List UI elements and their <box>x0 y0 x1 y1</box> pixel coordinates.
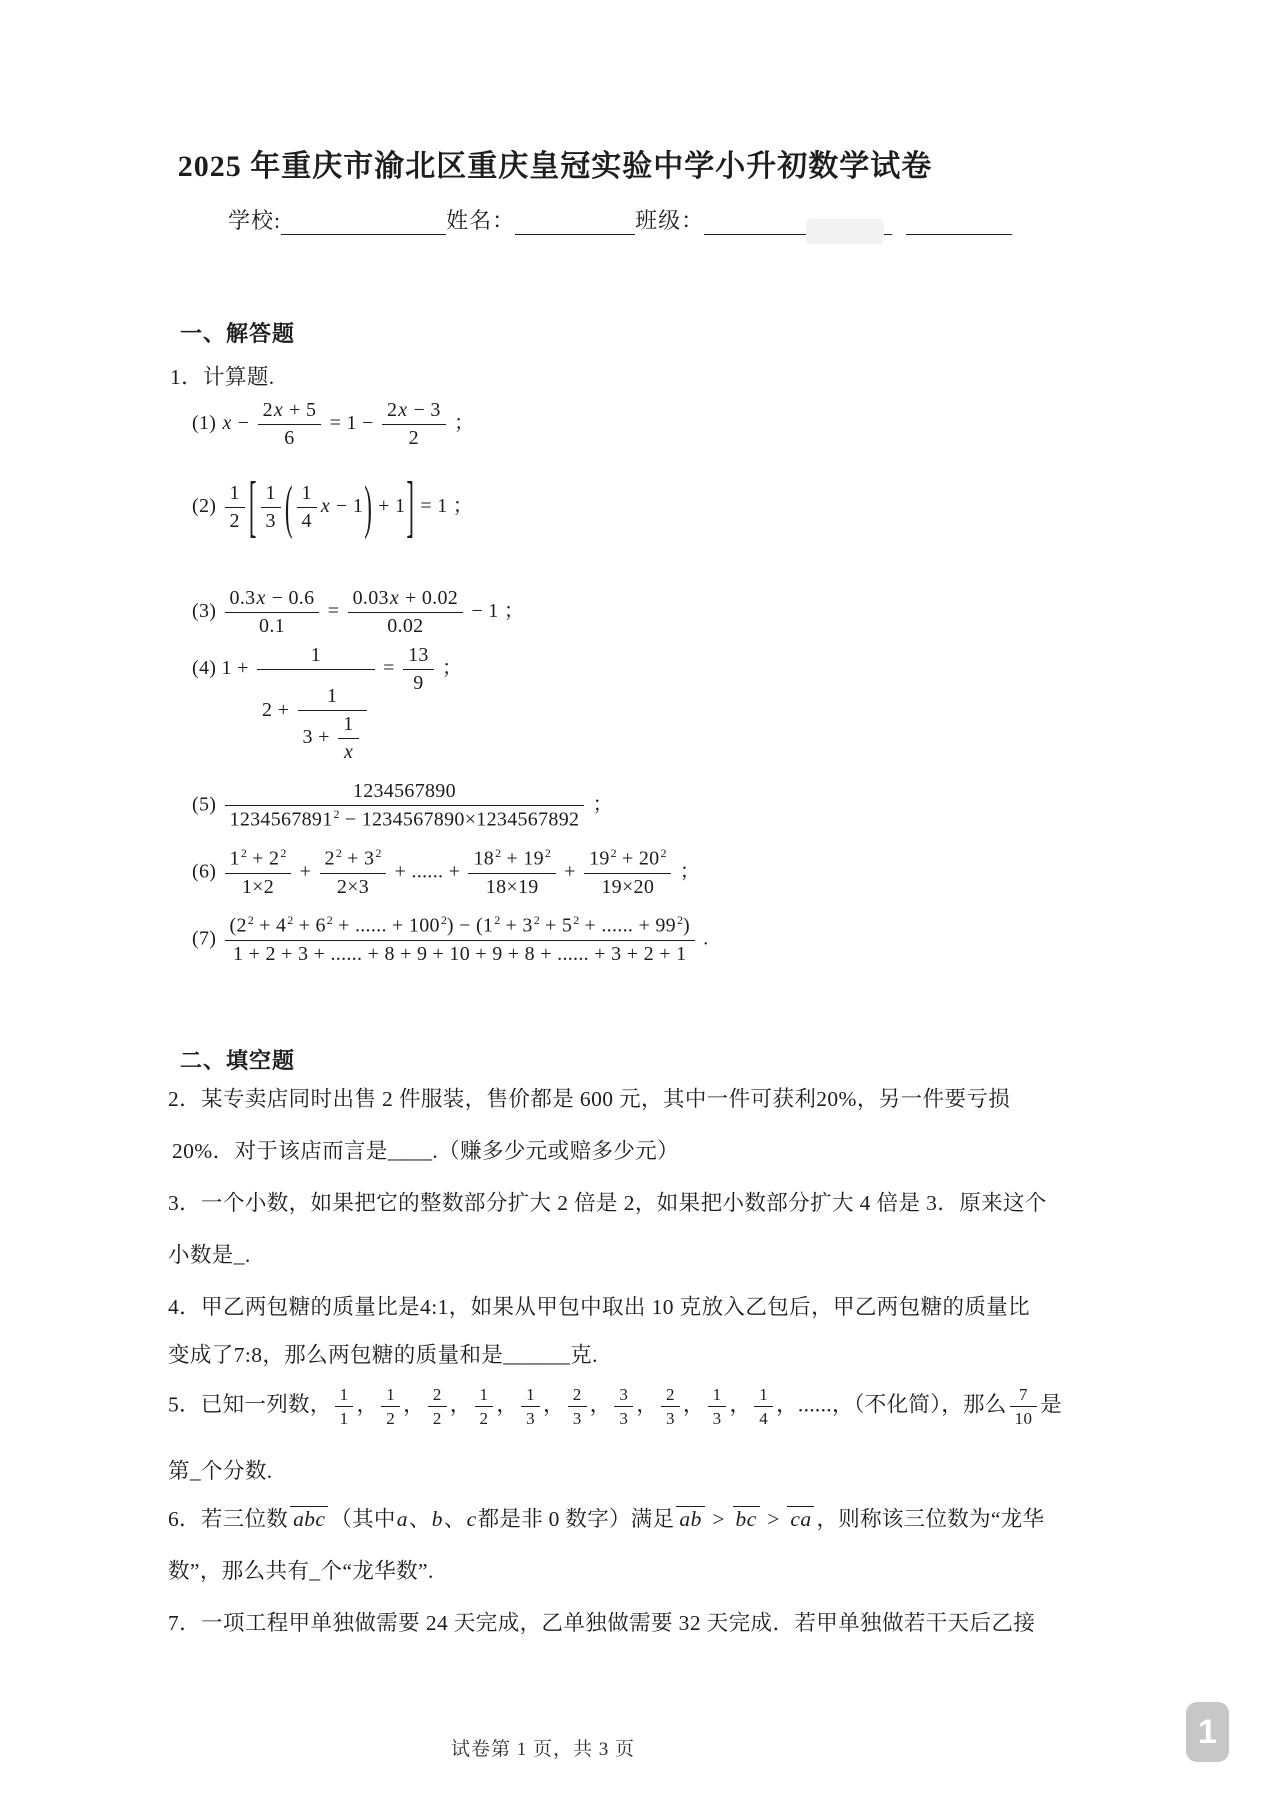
page-number-badge: 1 <box>1186 1702 1229 1762</box>
school-label: 学校: <box>228 208 281 233</box>
question-7-line-1: 7．一项工程甲单独做需要 24 天完成，乙单独做需要 32 天完成．若甲单独做若… <box>168 1608 1035 1638</box>
question-5-line-2: 第_个分数. <box>168 1456 273 1486</box>
equation-4: (4) 1 + 12 + 13 + 1x = 139 ； <box>192 615 462 724</box>
equation-1: (1) x − 2x + 56 = 1 − 2x − 32 ； <box>192 398 474 451</box>
equation-2: (2) 12[13(14x − 1) + 1] = 1 ； <box>192 481 473 534</box>
exam-title: 2025 年重庆市渝北区重庆皇冠实验中学小升初数学试卷 <box>0 141 1110 185</box>
section-1-title: 一、解答题 <box>180 317 295 348</box>
question-3-line-1: 3．一个小数，如果把它的整数部分扩大 2 倍是 2，如果把小数部分扩大 4 倍是… <box>168 1188 1047 1218</box>
equation-5: (5) 123456789012345678912 − 1234567890×1… <box>192 779 613 833</box>
class-blank-2 <box>906 208 1012 235</box>
class-label: 班级： <box>635 208 704 233</box>
question-1-label: 1．计算题. <box>170 362 275 392</box>
question-6-line-2: 数”，那么共有_个“龙华数”. <box>168 1556 434 1586</box>
name-blank <box>515 208 635 235</box>
name-label: 姓名： <box>446 208 515 233</box>
equation-6: (6) 12 + 221×2 + 22 + 322×3 + ...... + 1… <box>192 846 700 900</box>
question-2-line-2: 20%．对于该店而言是____.（赚多少元或赔多少元） <box>172 1136 679 1166</box>
question-4-line-1: 4．甲乙两包糖的质量比是4:1，如果从甲包中取出 10 克放入乙包后，甲乙两包糖… <box>168 1292 1030 1322</box>
question-3-line-2: 小数是_. <box>168 1240 251 1270</box>
school-blank <box>281 208 446 235</box>
question-4-line-2: 变成了7:8，那么两包糖的质量和是______克. <box>168 1340 598 1370</box>
exam-paper-page: 2025 年重庆市渝北区重庆皇冠实验中学小升初数学试卷 学校:姓名：班级： 一、… <box>0 0 1280 1810</box>
equation-7: (7) (22 + 42 + 62 + ...... + 1002) − (12… <box>192 913 709 967</box>
watermark-smudge <box>806 219 884 244</box>
question-6-line-1: 6．若三位数abc（其中a、b、c都是非 0 数字）满足ab > bc > ca… <box>168 1504 1044 1534</box>
page-footer: 试卷第 1 页，共 3 页 <box>0 1734 1086 1761</box>
question-5-line-1: 5．已知一列数，11，12，22，12，13，23，33，23，13，14，..… <box>168 1384 1062 1430</box>
section-2-title: 二、填空题 <box>180 1044 295 1075</box>
question-2-line-1: 2．某专卖店同时出售 2 件服装，售价都是 600 元，其中一件可获利20%，另… <box>168 1084 1010 1114</box>
student-info-line: 学校:姓名：班级： <box>228 204 1012 235</box>
